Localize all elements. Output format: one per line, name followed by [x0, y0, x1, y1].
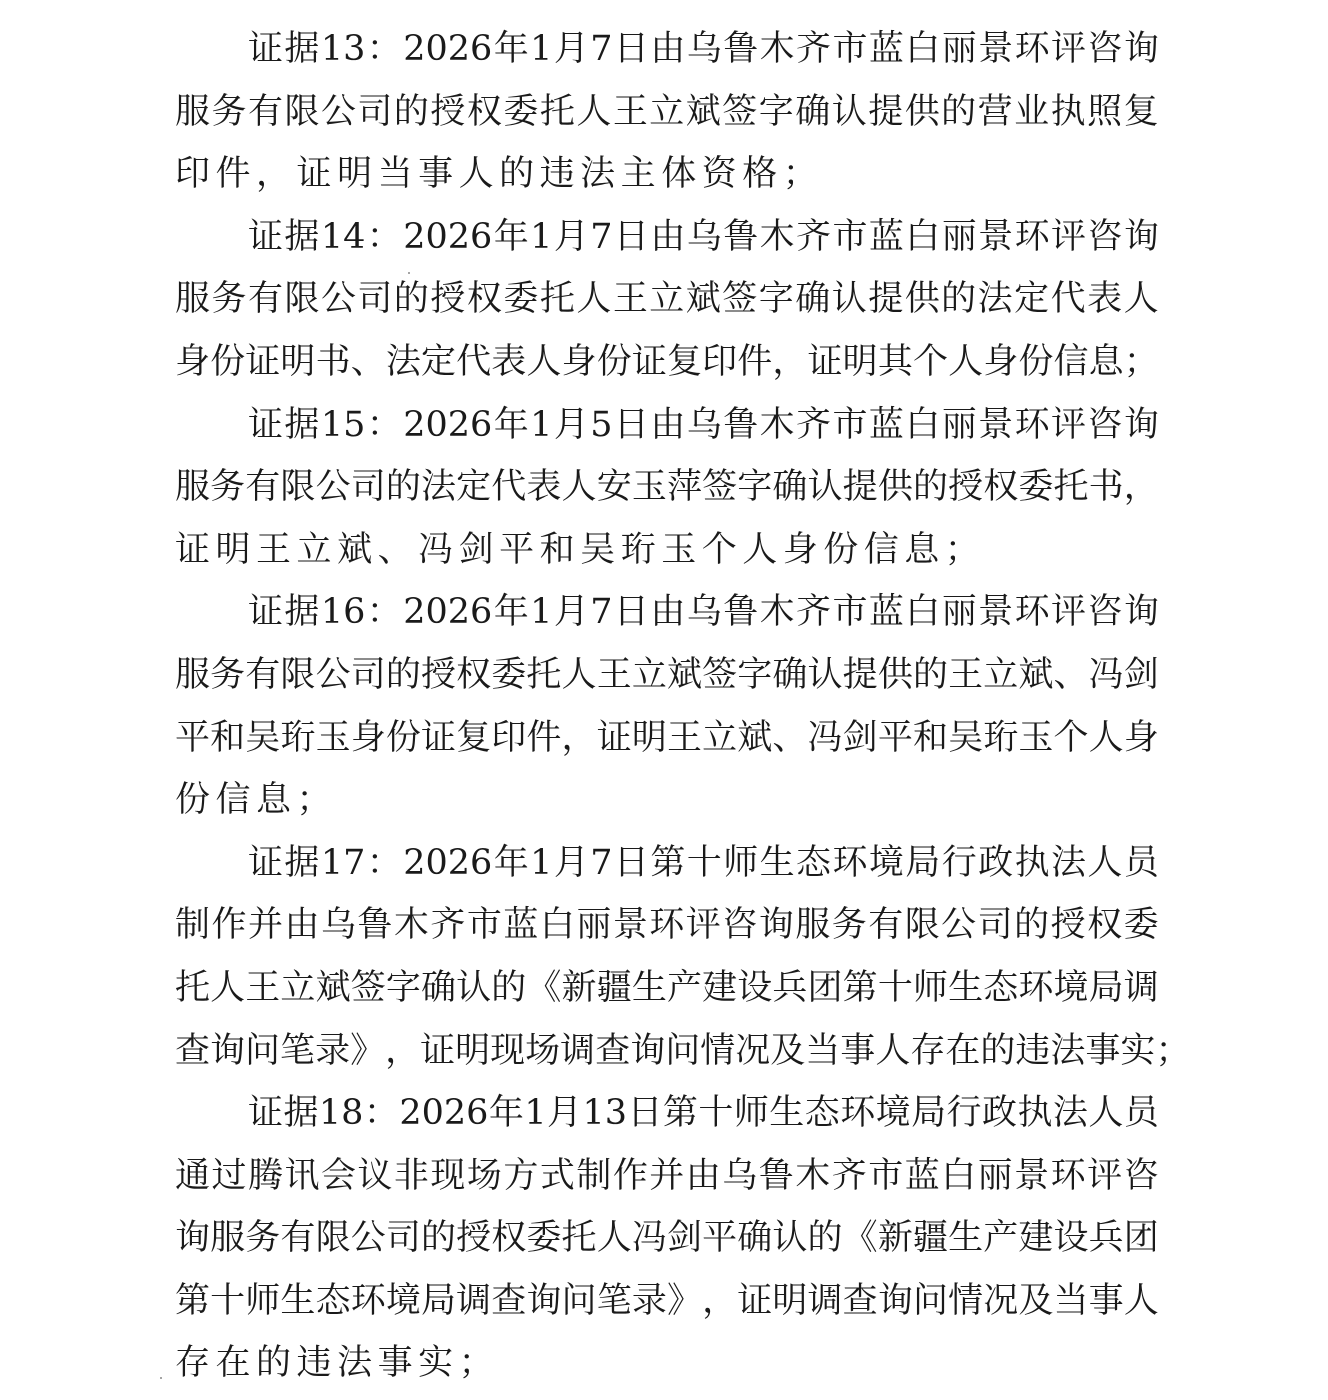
- text-line: 存在的违法事实；: [175, 1332, 1159, 1395]
- text-line: 证据18：2026年1月13日第十师生态环境局行政执法人员: [175, 1082, 1159, 1145]
- scan-speck: [160, 1377, 162, 1379]
- text-line: 身份证明书、法定代表人身份证复印件，证明其个人身份信息；: [175, 331, 1159, 394]
- evidence-item-13: 证据13：2026年1月7日由乌鲁木齐市蓝白丽景环评咨询服务有限公司的授权委托人…: [175, 18, 1159, 206]
- scan-speck: [408, 272, 410, 274]
- text-line: 服务有限公司的法定代表人安玉萍签字确认提供的授权委托书，: [175, 456, 1159, 519]
- text-line: 询服务有限公司的授权委托人冯剑平确认的《新疆生产建设兵团: [175, 1207, 1159, 1270]
- text-line: 查询问笔录》，证明现场调查询问情况及当事人存在的违法事实；: [175, 1020, 1159, 1083]
- text-line: 证明王立斌、冯剑平和吴珩玉个人身份信息；: [175, 519, 1159, 582]
- text-line: 证据15：2026年1月5日由乌鲁木齐市蓝白丽景环评咨询: [175, 394, 1159, 457]
- text-line: 证据13：2026年1月7日由乌鲁木齐市蓝白丽景环评咨询: [175, 18, 1159, 81]
- text-line: 证据17：2026年1月7日第十师生态环境局行政执法人员: [175, 832, 1159, 895]
- evidence-item-17: 证据17：2026年1月7日第十师生态环境局行政执法人员制作并由乌鲁木齐市蓝白丽…: [175, 832, 1159, 1082]
- text-line: 第十师生态环境局调查询问笔录》，证明调查询问情况及当事人: [175, 1270, 1159, 1333]
- evidence-item-18: 证据18：2026年1月13日第十师生态环境局行政执法人员通过腾讯会议非现场方式…: [175, 1082, 1159, 1395]
- text-line: 服务有限公司的授权委托人王立斌签字确认提供的法定代表人: [175, 268, 1159, 331]
- document-page: 证据13：2026年1月7日由乌鲁木齐市蓝白丽景环评咨询服务有限公司的授权委托人…: [175, 18, 1159, 1395]
- text-line: 平和吴珩玉身份证复印件，证明王立斌、冯剑平和吴珩玉个人身: [175, 707, 1159, 770]
- text-line: 服务有限公司的授权委托人王立斌签字确认提供的营业执照复: [175, 81, 1159, 144]
- evidence-list: 证据13：2026年1月7日由乌鲁木齐市蓝白丽景环评咨询服务有限公司的授权委托人…: [175, 18, 1159, 1395]
- evidence-item-15: 证据15：2026年1月5日由乌鲁木齐市蓝白丽景环评咨询服务有限公司的法定代表人…: [175, 394, 1159, 582]
- text-line: 托人王立斌签字确认的《新疆生产建设兵团第十师生态环境局调: [175, 957, 1159, 1020]
- evidence-item-14: 证据14：2026年1月7日由乌鲁木齐市蓝白丽景环评咨询服务有限公司的授权委托人…: [175, 206, 1159, 394]
- text-line: 服务有限公司的授权委托人王立斌签字确认提供的王立斌、冯剑: [175, 644, 1159, 707]
- evidence-item-16: 证据16：2026年1月7日由乌鲁木齐市蓝白丽景环评咨询服务有限公司的授权委托人…: [175, 581, 1159, 831]
- text-line: 通过腾讯会议非现场方式制作并由乌鲁木齐市蓝白丽景环评咨: [175, 1145, 1159, 1208]
- text-line: 份信息；: [175, 769, 1159, 832]
- text-line: 证据14：2026年1月7日由乌鲁木齐市蓝白丽景环评咨询: [175, 206, 1159, 269]
- text-line: 印件，证明当事人的违法主体资格；: [175, 143, 1159, 206]
- text-line: 制作并由乌鲁木齐市蓝白丽景环评咨询服务有限公司的授权委: [175, 894, 1159, 957]
- text-line: 证据16：2026年1月7日由乌鲁木齐市蓝白丽景环评咨询: [175, 581, 1159, 644]
